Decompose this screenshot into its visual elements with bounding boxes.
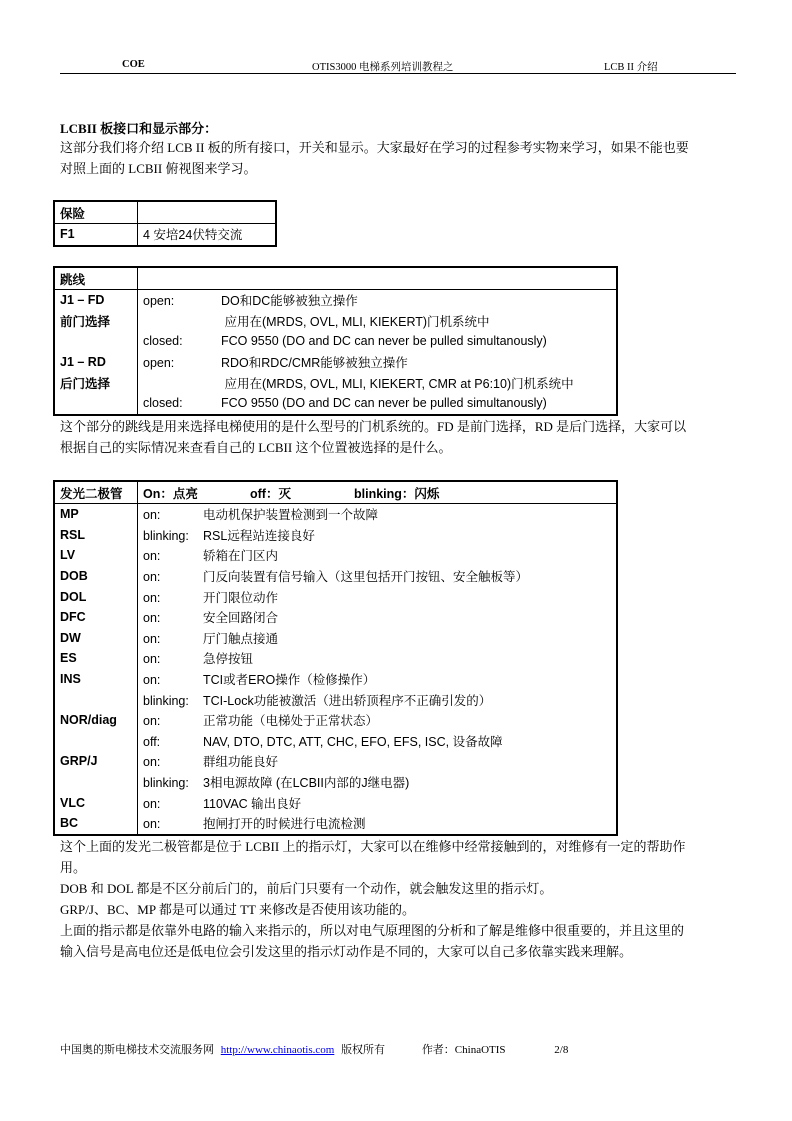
jumper-desc: 应用在(MRDS, OVL, MLI, KIEKERT, CMR at P6:1… bbox=[221, 377, 574, 391]
led-header-label: 发光二极管 bbox=[54, 481, 138, 504]
led-state: on: bbox=[143, 632, 203, 646]
table-row: RSLblinking:RSL远程站连接良好 bbox=[54, 525, 617, 546]
table-row: off:NAV, DTO, DTC, ATT, CHC, EFO, EFS, I… bbox=[54, 731, 617, 752]
led-desc: 急停按钮 bbox=[203, 652, 253, 666]
fuse-value: 4 安培24伏特交流 bbox=[138, 224, 277, 246]
table-row: blinking:TCI-Lock功能被激活（进出轿顶程序不正确引发的） bbox=[54, 689, 617, 710]
led-label: MP bbox=[54, 504, 138, 525]
note-line: 输入信号是高电位还是低电位会引发这里的指示灯动作是不同的，大家可以自己多依靠实践… bbox=[60, 941, 740, 962]
led-desc: 安全回路闭合 bbox=[203, 611, 278, 625]
intro-line: 这部分我们将介绍 LCB II 板的所有接口，开关和显示。大家最好在学习的过程参… bbox=[60, 137, 740, 158]
led-label: NOR/diag bbox=[54, 710, 138, 731]
led-state: blinking: bbox=[143, 694, 203, 708]
table-row: MPon:电动机保护装置检测到一个故障 bbox=[54, 504, 617, 525]
table-row: ESon:急停按钮 bbox=[54, 648, 617, 669]
jumper-desc: 应用在(MRDS, OVL, MLI, KIEKERT)门机系统中 bbox=[221, 315, 490, 329]
page-footer: 中国奥的斯电梯技术交流服务网 http://www.chinaotis.com … bbox=[60, 1041, 568, 1057]
note-line: 根据自己的实际情况来查看自己的 LCBII 这个位置被选择的是什么。 bbox=[60, 437, 740, 458]
table-row: DWon:厅门触点接通 bbox=[54, 628, 617, 649]
table-row: closed:FCO 9550 (DO and DC can never be … bbox=[54, 393, 617, 415]
led-state: on: bbox=[143, 652, 203, 666]
led-state: on: bbox=[143, 591, 203, 605]
fuse-table: 保险 F1 4 安培24伏特交流 bbox=[53, 200, 277, 247]
led-label: ES bbox=[54, 648, 138, 669]
led-state: on: bbox=[143, 508, 203, 522]
note-line: 这个上面的发光二极管都是位于 LCBII 上的指示灯，大家可以在维修中经常接触到… bbox=[60, 836, 740, 857]
jumper-state: open: bbox=[143, 356, 221, 370]
table-row: J1 – RD open:RDO和RDC/CMR能够被独立操作 bbox=[54, 352, 617, 373]
footer-author: 作者：ChinaOTIS bbox=[422, 1044, 506, 1056]
jumper-state: open: bbox=[143, 294, 221, 308]
led-label bbox=[54, 731, 138, 752]
note-line: 用。 bbox=[60, 857, 740, 878]
jumper-state: closed: bbox=[143, 396, 221, 410]
led-label: DFC bbox=[54, 607, 138, 628]
led-legend-off: off：灭 bbox=[250, 484, 354, 502]
note-line: 上面的指示都是依靠外电路的输入来指示的，所以对电气原理图的分析和了解是维修中很重… bbox=[60, 920, 740, 941]
led-desc: 门反向装置有信号输入（这里包括开门按钮、安全触板等） bbox=[203, 570, 528, 584]
table-row: 后门选择 应用在(MRDS, OVL, MLI, KIEKERT, CMR at… bbox=[54, 372, 617, 393]
led-state: on: bbox=[143, 817, 203, 831]
led-desc: 110VAC 输出良好 bbox=[203, 797, 301, 811]
led-desc: RSL远程站连接良好 bbox=[203, 529, 315, 543]
led-table: 发光二极管 On：点亮off：灭blinking：闪烁 MPon:电动机保护装置… bbox=[53, 480, 618, 836]
led-label bbox=[54, 772, 138, 793]
note-line: DOB 和 DOL 都是不区分前后门的，前后门只要有一个动作，就会触发这里的指示… bbox=[60, 878, 740, 899]
header-left: COE bbox=[122, 59, 145, 70]
led-legend-blinking: blinking：闪烁 bbox=[354, 484, 439, 502]
table-row: BCon:抱闸打开的时候进行电流检测 bbox=[54, 813, 617, 835]
jumper-table: 跳线 J1 – FD open:DO和DC能够被独立操作 前门选择 应用在(MR… bbox=[53, 266, 618, 416]
note-line: 这个部分的跳线是用来选择电梯使用的是什么型号的门机系统的。FD 是前门选择，RD… bbox=[60, 416, 740, 437]
footer-site: 中国奥的斯电梯技术交流服务网 bbox=[60, 1044, 214, 1056]
footer-link[interactable]: http://www.chinaotis.com bbox=[221, 1044, 335, 1056]
page-number: 2/8 bbox=[554, 1044, 568, 1056]
led-state: on: bbox=[143, 611, 203, 625]
led-state: on: bbox=[143, 797, 203, 811]
led-label: DW bbox=[54, 628, 138, 649]
table-row: closed:FCO 9550 (DO and DC can never be … bbox=[54, 331, 617, 352]
led-label: GRP/J bbox=[54, 751, 138, 772]
table-row: VLCon:110VAC 输出良好 bbox=[54, 792, 617, 813]
led-desc: 抱闸打开的时候进行电流检测 bbox=[203, 817, 366, 831]
led-table-header: 发光二极管 On：点亮off：灭blinking：闪烁 bbox=[54, 481, 617, 504]
led-state: on: bbox=[143, 714, 203, 728]
jumper-desc: RDO和RDC/CMR能够被独立操作 bbox=[221, 356, 408, 370]
table-row: GRP/Jon:群组功能良好 bbox=[54, 751, 617, 772]
intro-line: 对照上面的 LCBII 俯视图来学习。 bbox=[60, 158, 740, 179]
header-right: LCB II 介绍 bbox=[604, 59, 658, 74]
section-intro: 这部分我们将介绍 LCB II 板的所有接口，开关和显示。大家最好在学习的过程参… bbox=[60, 137, 740, 179]
fuse-table-header: 保险 bbox=[54, 201, 276, 224]
jumper-header-label: 跳线 bbox=[54, 267, 138, 290]
jumper-desc: FCO 9550 (DO and DC can never be pulled … bbox=[221, 396, 547, 410]
led-label: INS bbox=[54, 669, 138, 690]
led-state: blinking: bbox=[143, 776, 203, 790]
table-row: 前门选择 应用在(MRDS, OVL, MLI, KIEKERT)门机系统中 bbox=[54, 311, 617, 332]
led-label bbox=[54, 689, 138, 710]
led-desc: 正常功能（电梯处于正常状态） bbox=[203, 714, 378, 728]
jumper-label bbox=[54, 331, 138, 352]
jumper-label bbox=[54, 393, 138, 415]
led-desc: TCI或者ERO操作（检修操作） bbox=[203, 673, 375, 687]
jumper-label: J1 – FD bbox=[54, 290, 138, 311]
led-desc: 电动机保护装置检测到一个故障 bbox=[203, 508, 378, 522]
led-state: blinking: bbox=[143, 529, 203, 543]
jumper-label: 前门选择 bbox=[54, 311, 138, 332]
jumper-header-value bbox=[138, 267, 618, 290]
led-desc: 厅门触点接通 bbox=[203, 632, 278, 646]
led-desc: 轿箱在门区内 bbox=[203, 549, 278, 563]
fuse-header-label: 保险 bbox=[54, 201, 138, 224]
led-state: on: bbox=[143, 673, 203, 687]
jumper-note: 这个部分的跳线是用来选择电梯使用的是什么型号的门机系统的。FD 是前门选择，RD… bbox=[60, 416, 740, 458]
jumper-label: J1 – RD bbox=[54, 352, 138, 373]
table-row: F1 4 安培24伏特交流 bbox=[54, 224, 276, 246]
led-label: DOB bbox=[54, 566, 138, 587]
led-desc: 3相电源故障 (在LCBII内部的J继电器) bbox=[203, 776, 409, 790]
note-line: GRP/J、BC、MP 都是可以通过 TT 来修改是否使用该功能的。 bbox=[60, 899, 740, 920]
led-state: on: bbox=[143, 549, 203, 563]
jumper-label: 后门选择 bbox=[54, 372, 138, 393]
table-row: DOLon:开门限位动作 bbox=[54, 586, 617, 607]
jumper-desc: DO和DC能够被独立操作 bbox=[221, 294, 358, 308]
led-desc: TCI-Lock功能被激活（进出轿顶程序不正确引发的） bbox=[203, 694, 491, 708]
fuse-label: F1 bbox=[54, 224, 138, 246]
jumper-state: closed: bbox=[143, 334, 221, 348]
table-row: NOR/diagon:正常功能（电梯处于正常状态） bbox=[54, 710, 617, 731]
led-desc: 开门限位动作 bbox=[203, 591, 278, 605]
led-note: 这个上面的发光二极管都是位于 LCBII 上的指示灯，大家可以在维修中经常接触到… bbox=[60, 836, 740, 962]
header-center: OTIS3000 电梯系列培训教程之 bbox=[312, 59, 453, 74]
led-state: off: bbox=[143, 735, 203, 749]
led-desc: 群组功能良好 bbox=[203, 755, 278, 769]
table-row: LVon:轿箱在门区内 bbox=[54, 545, 617, 566]
table-row: DOBon:门反向装置有信号输入（这里包括开门按钮、安全触板等） bbox=[54, 566, 617, 587]
fuse-header-value bbox=[138, 201, 277, 224]
led-state: on: bbox=[143, 755, 203, 769]
jumper-desc: FCO 9550 (DO and DC can never be pulled … bbox=[221, 334, 547, 348]
table-row: DFCon:安全回路闭合 bbox=[54, 607, 617, 628]
jumper-table-header: 跳线 bbox=[54, 267, 617, 290]
led-desc: NAV, DTO, DTC, ATT, CHC, EFO, EFS, ISC, … bbox=[203, 735, 503, 749]
table-row: INSon:TCI或者ERO操作（检修操作） bbox=[54, 669, 617, 690]
led-label: RSL bbox=[54, 525, 138, 546]
table-row: blinking:3相电源故障 (在LCBII内部的J继电器) bbox=[54, 772, 617, 793]
led-label: LV bbox=[54, 545, 138, 566]
led-label: DOL bbox=[54, 586, 138, 607]
led-legend-on: On：点亮 bbox=[143, 484, 250, 502]
header-divider bbox=[60, 73, 736, 74]
table-row: J1 – FD open:DO和DC能够被独立操作 bbox=[54, 290, 617, 311]
led-state: on: bbox=[143, 570, 203, 584]
section-title: LCBII 板接口和显示部分： bbox=[60, 118, 217, 139]
led-label: BC bbox=[54, 813, 138, 835]
footer-rights: 版权所有 bbox=[341, 1044, 385, 1056]
led-label: VLC bbox=[54, 792, 138, 813]
